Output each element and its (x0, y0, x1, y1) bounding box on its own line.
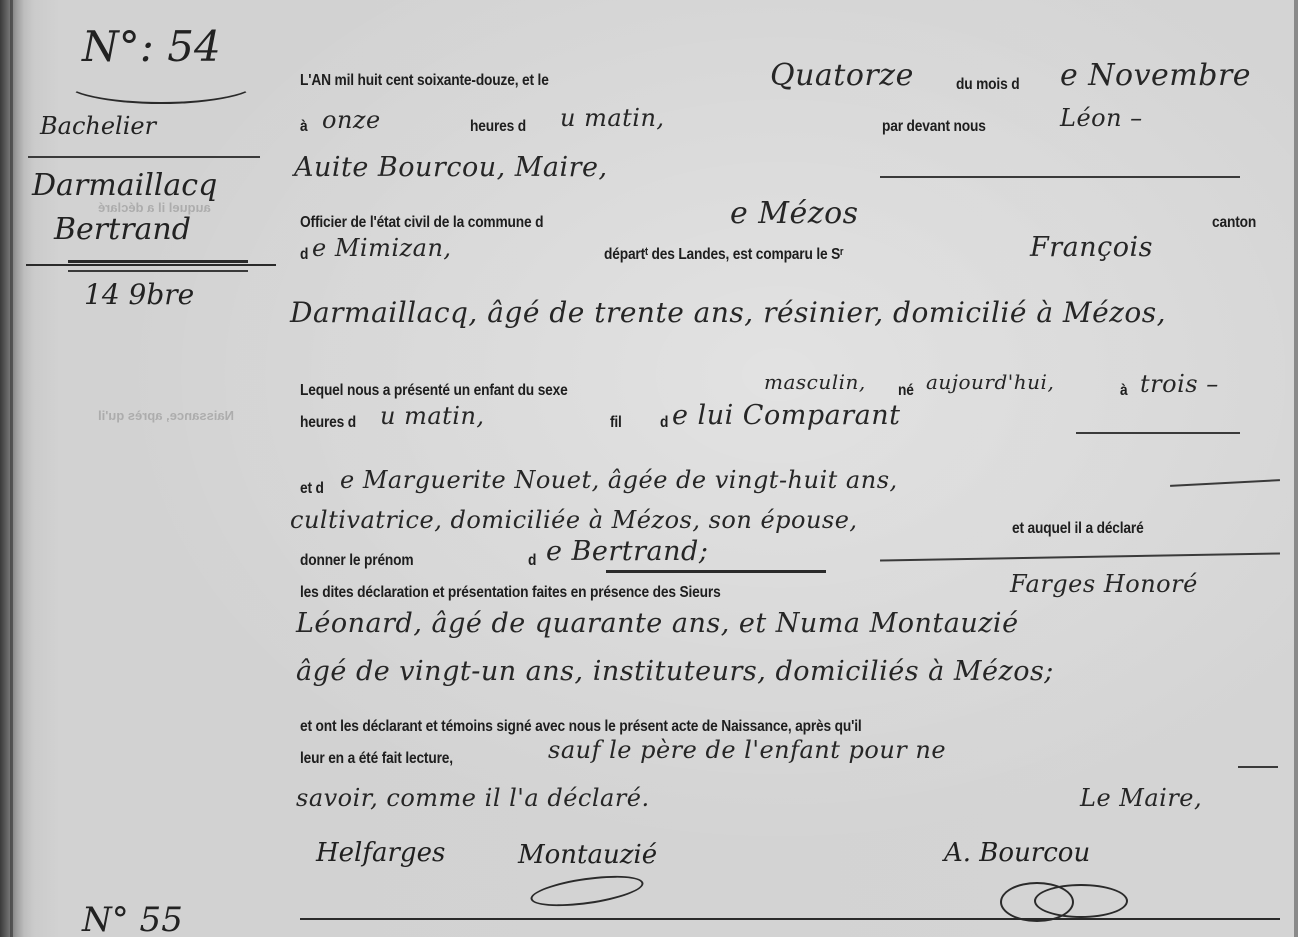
printed-text: né (898, 382, 914, 400)
handwritten-remark: savoir, comme il l'a déclaré. (296, 784, 650, 812)
printed-text: Officier de l'état civil de la commune d (300, 214, 543, 232)
printed-text: départᵗ des Landes, est comparu le Sʳ (604, 246, 843, 264)
printed-text: les dites déclaration et présentation fa… (300, 584, 721, 602)
filler-rule (1238, 766, 1278, 768)
margin-double-rule (68, 270, 248, 272)
document-page: auquel il a déclaré Naissance, après qu'… (0, 0, 1298, 937)
handwritten-witness-details: Léonard, âgé de quarante ans, et Numa Mo… (296, 608, 1019, 639)
signature-flourish (1034, 884, 1128, 918)
signature-mayor: A. Bourcou (944, 838, 1090, 868)
printed-text: à (300, 118, 307, 136)
margin-double-rule (26, 264, 276, 266)
margin-date: 14 9bre (84, 278, 194, 311)
margin-double-rule (68, 260, 248, 263)
filler-rule (1076, 432, 1240, 434)
printed-text: heures d (300, 414, 356, 432)
handwritten-sex: masculin, (764, 370, 866, 394)
handwritten-witness-1: Farges Honoré (1010, 570, 1198, 598)
printed-text: heures d (470, 118, 526, 136)
printed-text: canton (1212, 214, 1256, 232)
handwritten-canton: e Mimizan, (312, 234, 452, 262)
handwritten-hour: trois – (1140, 370, 1219, 398)
handwritten-day: Quatorze (770, 58, 914, 93)
page-edge (1294, 0, 1298, 937)
handwritten-mayor-name: Auite Bourcou, Maire, (294, 152, 608, 183)
printed-text: et auquel il a déclaré (1012, 520, 1144, 538)
given-name-underline (606, 570, 826, 573)
next-record-number: N° 55 (82, 900, 183, 937)
printed-text: donner le prénom (300, 552, 413, 570)
signature-witness-2: Montauzié (518, 840, 657, 870)
printed-text: à (1120, 382, 1127, 400)
handwritten-father-details: Darmaillacq, âgé de trente ans, résinier… (290, 296, 1166, 329)
handwritten-remark: sauf le père de l'enfant pour ne (548, 736, 946, 764)
filler-rule (1170, 479, 1280, 486)
printed-text: leur en a été fait lecture, (300, 750, 453, 768)
printed-text: d (300, 246, 308, 264)
handwritten-witness-details: âgé de vingt-un ans, instituteurs, domic… (296, 656, 1054, 687)
handwritten-time: u matin, (380, 402, 485, 430)
handwritten-mayor-title: Le Maire, (1080, 784, 1202, 812)
margin-annotation: Bachelier (40, 112, 156, 140)
handwritten-father-ref: e lui Comparant (672, 400, 900, 431)
printed-text: et d (300, 480, 324, 498)
margin-surname: Darmaillacq (32, 168, 217, 203)
filler-rule (880, 553, 1280, 561)
handwritten-name: Léon – (1060, 104, 1143, 132)
printed-text: d (528, 552, 536, 570)
printed-text: d (660, 414, 668, 432)
handwritten-father-first-name: François (1030, 232, 1153, 263)
printed-text: Lequel nous a présenté un enfant du sexe (300, 382, 568, 400)
handwritten-hour: onze (322, 106, 381, 134)
handwritten-mother: e Marguerite Nouet, âgée de vingt-huit a… (340, 466, 898, 494)
handwritten-when: aujourd'hui, (926, 370, 1054, 394)
printed-text: par devant nous (882, 118, 986, 136)
printed-text: L'AN mil huit cent soixante-douze, et le (300, 72, 549, 90)
handwritten-commune: e Mézos (730, 196, 859, 231)
underline-flourish (64, 60, 258, 104)
printed-text: du mois d (956, 76, 1019, 94)
margin-rule (28, 156, 260, 158)
closing-rule (300, 918, 1280, 920)
handwritten-time: u matin, (560, 104, 665, 132)
handwritten-mother-details: cultivatrice, domiciliée à Mézos, son ép… (290, 506, 858, 534)
printed-text: fil (610, 414, 622, 432)
signature-flourish (529, 870, 646, 912)
signature-witness-1: Helfarges (316, 838, 445, 868)
book-binding (10, 0, 13, 937)
bleed-through-text: Naissance, après qu'il (98, 408, 234, 423)
filler-rule (880, 176, 1240, 178)
printed-opening: L'AN mil huit cent soixante-douze, et le (300, 72, 549, 89)
printed-text: et ont les déclarant et témoins signé av… (300, 718, 862, 736)
handwritten-given-name: e Bertrand; (546, 536, 708, 567)
handwritten-month: e Novembre (1060, 58, 1251, 93)
margin-given-name: Bertrand (54, 212, 191, 247)
